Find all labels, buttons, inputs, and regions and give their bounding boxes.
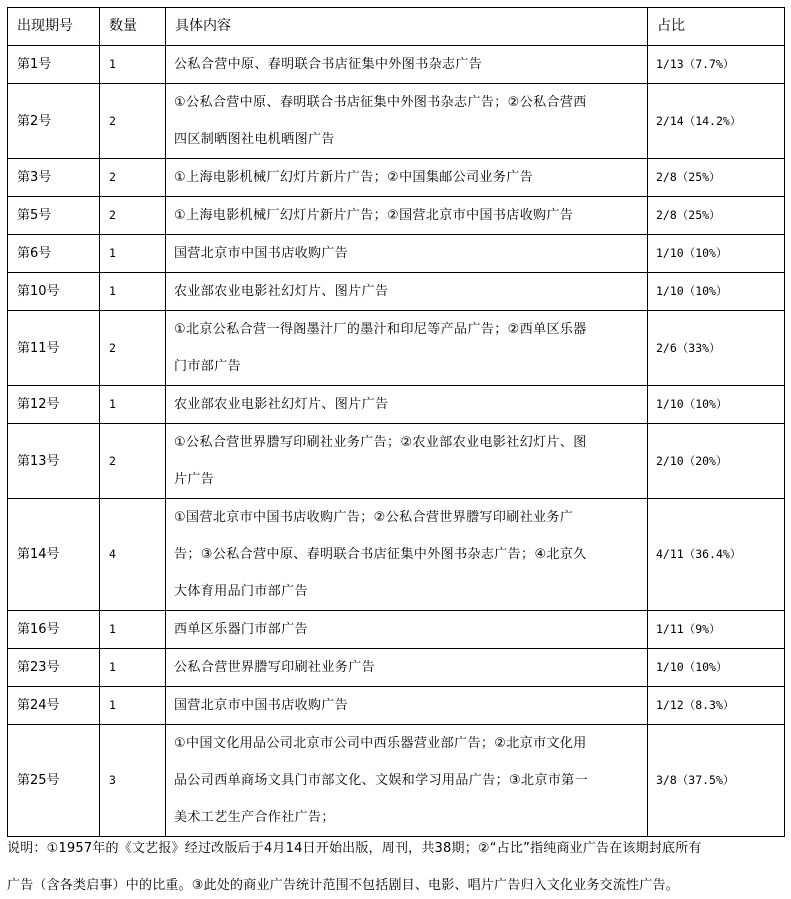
cell-content: 西单区乐器门市部广告 [166, 611, 648, 649]
cell-issue: 第24号 [8, 687, 100, 725]
cell-issue: 第11号 [8, 311, 100, 386]
content-line: ①国营北京市中国书店收购广告；②公私合营世界謄写印刷社业务广 [174, 499, 647, 536]
cell-count: 2 [100, 84, 166, 159]
cell-ratio: 3/8（37.5%） [648, 725, 785, 837]
table-row: 第23号1公私合营世界謄写印刷社业务广告1/10（10%） [8, 649, 785, 687]
cell-count: 1 [100, 46, 166, 84]
cell-count: 1 [100, 273, 166, 311]
content-line: 西单区乐器门市部广告 [174, 611, 647, 648]
cell-ratio: 2/14（14.2%） [648, 84, 785, 159]
cell-ratio: 4/11（36.4%） [648, 499, 785, 611]
cell-ratio: 1/10（10%） [648, 649, 785, 687]
cell-content: ①公私合营中原、春明联合书店征集中外图书杂志广告；②公私合营西四区制晒图社电机晒… [166, 84, 648, 159]
table-row: 第3号2①上海电影机械厂幻灯片新片广告；②中国集邮公司业务广告2/8（25%） [8, 159, 785, 197]
header-ratio: 占比 [648, 8, 785, 46]
cell-issue: 第5号 [8, 197, 100, 235]
cell-content: ①国营北京市中国书店收购广告；②公私合营世界謄写印刷社业务广告；③公私合营中原、… [166, 499, 648, 611]
cell-ratio: 1/13（7.7%） [648, 46, 785, 84]
cell-count: 1 [100, 649, 166, 687]
table-row: 第12号1农业部农业电影社幻灯片、图片广告1/10（10%） [8, 386, 785, 424]
cell-content: ①上海电影机械厂幻灯片新片广告；②国营北京市中国书店收购广告 [166, 197, 648, 235]
table-row: 第25号3①中国文化用品公司北京市公司中西乐器营业部广告；②北京市文化用品公司西… [8, 725, 785, 837]
cell-count: 2 [100, 424, 166, 499]
cell-issue: 第6号 [8, 235, 100, 273]
cell-issue: 第16号 [8, 611, 100, 649]
cell-issue: 第12号 [8, 386, 100, 424]
content-line: 公私合营中原、春明联合书店征集中外图书杂志广告 [174, 46, 647, 83]
content-line: ①公私合营中原、春明联合书店征集中外图书杂志广告；②公私合营西 [174, 84, 647, 121]
cell-issue: 第10号 [8, 273, 100, 311]
header-count: 数量 [100, 8, 166, 46]
cell-content: 国营北京市中国书店收购广告 [166, 687, 648, 725]
table-note: 说明：①1957年的《文艺报》经过改版后于4月14日开始出版，周刊，共38期；②… [7, 830, 787, 899]
content-line: 大体育用品门市部广告 [174, 573, 647, 610]
content-line: ①上海电影机械厂幻灯片新片广告；②中国集邮公司业务广告 [174, 159, 647, 196]
cell-content: 农业部农业电影社幻灯片、图片广告 [166, 273, 648, 311]
content-line: 片广告 [174, 461, 647, 498]
cell-content: ①中国文化用品公司北京市公司中西乐器营业部广告；②北京市文化用品公司西单商场文具… [166, 725, 648, 837]
cell-issue: 第2号 [8, 84, 100, 159]
cell-content: ①公私合营世界謄写印刷社业务广告；②农业部农业电影社幻灯片、图片广告 [166, 424, 648, 499]
table-row: 第2号2①公私合营中原、春明联合书店征集中外图书杂志广告；②公私合营西四区制晒图… [8, 84, 785, 159]
cell-count: 2 [100, 197, 166, 235]
note-line: 说明：①1957年的《文艺报》经过改版后于4月14日开始出版，周刊，共38期；②… [7, 830, 787, 867]
cell-ratio: 1/10（10%） [648, 386, 785, 424]
table-row: 第6号1国营北京市中国书店收购广告1/10（10%） [8, 235, 785, 273]
content-line: 国营北京市中国书店收购广告 [174, 235, 647, 272]
cell-count: 1 [100, 235, 166, 273]
cell-issue: 第13号 [8, 424, 100, 499]
cell-issue: 第1号 [8, 46, 100, 84]
cell-ratio: 1/11（9%） [648, 611, 785, 649]
table-row: 第13号2①公私合营世界謄写印刷社业务广告；②农业部农业电影社幻灯片、图片广告2… [8, 424, 785, 499]
content-line: 门市部广告 [174, 348, 647, 385]
cell-count: 2 [100, 311, 166, 386]
table-row: 第1号1公私合营中原、春明联合书店征集中外图书杂志广告1/13（7.7%） [8, 46, 785, 84]
cell-count: 1 [100, 687, 166, 725]
cell-ratio: 2/6（33%） [648, 311, 785, 386]
content-line: ①上海电影机械厂幻灯片新片广告；②国营北京市中国书店收购广告 [174, 197, 647, 234]
table-row: 第5号2①上海电影机械厂幻灯片新片广告；②国营北京市中国书店收购广告2/8（25… [8, 197, 785, 235]
cell-issue: 第3号 [8, 159, 100, 197]
cell-count: 2 [100, 159, 166, 197]
cell-ratio: 2/8（25%） [648, 197, 785, 235]
table-header-row: 出现期号 数量 具体内容 占比 [8, 8, 785, 46]
content-line: 农业部农业电影社幻灯片、图片广告 [174, 386, 647, 423]
note-line: 广告（含各类启事）中的比重。③此处的商业广告统计范围不包括剧目、电影、唱片广告归… [7, 867, 787, 899]
cell-ratio: 1/10（10%） [648, 235, 785, 273]
content-line: 四区制晒图社电机晒图广告 [174, 121, 647, 158]
content-line: 告；③公私合营中原、春明联合书店征集中外图书杂志广告；④北京久 [174, 536, 647, 573]
cell-content: 农业部农业电影社幻灯片、图片广告 [166, 386, 648, 424]
content-line: 公私合营世界謄写印刷社业务广告 [174, 649, 647, 686]
cell-ratio: 2/10（20%） [648, 424, 785, 499]
cell-ratio: 1/10（10%） [648, 273, 785, 311]
header-content: 具体内容 [166, 8, 648, 46]
advertisement-table: 出现期号 数量 具体内容 占比 第1号1公私合营中原、春明联合书店征集中外图书杂… [7, 7, 785, 837]
cell-count: 3 [100, 725, 166, 837]
table-row: 第14号4①国营北京市中国书店收购广告；②公私合营世界謄写印刷社业务广告；③公私… [8, 499, 785, 611]
cell-count: 1 [100, 386, 166, 424]
cell-content: ①上海电影机械厂幻灯片新片广告；②中国集邮公司业务广告 [166, 159, 648, 197]
table-row: 第16号1西单区乐器门市部广告1/11（9%） [8, 611, 785, 649]
cell-content: 国营北京市中国书店收购广告 [166, 235, 648, 273]
table-row: 第10号1农业部农业电影社幻灯片、图片广告1/10（10%） [8, 273, 785, 311]
content-line: 农业部农业电影社幻灯片、图片广告 [174, 273, 647, 310]
header-issue: 出现期号 [8, 8, 100, 46]
content-line: ①公私合营世界謄写印刷社业务广告；②农业部农业电影社幻灯片、图 [174, 424, 647, 461]
cell-content: 公私合营世界謄写印刷社业务广告 [166, 649, 648, 687]
cell-content: ①北京公私合营一得阁墨汁厂的墨汁和印尼等产品广告；②西单区乐器门市部广告 [166, 311, 648, 386]
table-row: 第24号1国营北京市中国书店收购广告1/12（8.3%） [8, 687, 785, 725]
cell-ratio: 1/12（8.3%） [648, 687, 785, 725]
content-line: ①中国文化用品公司北京市公司中西乐器营业部广告；②北京市文化用 [174, 725, 647, 762]
cell-issue: 第14号 [8, 499, 100, 611]
cell-issue: 第23号 [8, 649, 100, 687]
table-row: 第11号2①北京公私合营一得阁墨汁厂的墨汁和印尼等产品广告；②西单区乐器门市部广… [8, 311, 785, 386]
cell-content: 公私合营中原、春明联合书店征集中外图书杂志广告 [166, 46, 648, 84]
content-line: 品公司西单商场文具门市部文化、文娱和学习用品广告；③北京市第一 [174, 762, 647, 799]
content-line: ①北京公私合营一得阁墨汁厂的墨汁和印尼等产品广告；②西单区乐器 [174, 311, 647, 348]
cell-count: 1 [100, 611, 166, 649]
cell-count: 4 [100, 499, 166, 611]
cell-issue: 第25号 [8, 725, 100, 837]
content-line: 国营北京市中国书店收购广告 [174, 687, 647, 724]
cell-ratio: 2/8（25%） [648, 159, 785, 197]
